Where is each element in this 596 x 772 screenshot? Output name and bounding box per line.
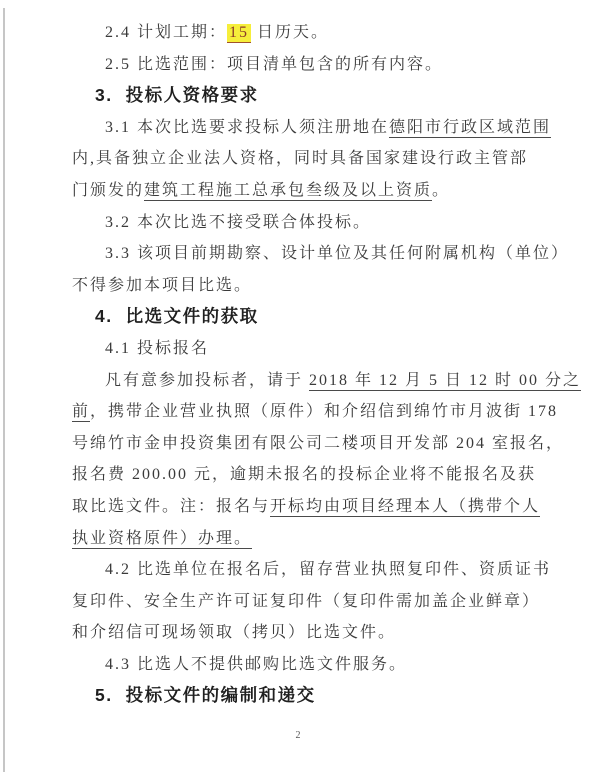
text-segment: 不得参加本项目比选。 [72, 277, 252, 294]
text-line: 前，携带企业营业执照（原件）和介绍信到绵竹市月波街 178 [72, 396, 530, 428]
text-segment: 门颁发的 [72, 182, 144, 199]
text-line: 报名费 200.00 元，逾期未报名的投标企业将不能报名及获 [72, 459, 530, 491]
underlined-text: 德阳市行政区域范围 [389, 119, 551, 138]
section-heading: 3.投标人资格要求 [72, 80, 530, 112]
scan-edge-line [3, 8, 5, 772]
text-line: 2.5 比选范围：项目清单包含的所有内容。 [72, 49, 530, 81]
text-segment: 4.2 比选单位在报名后，留存营业执照复印件、资质证书 [105, 561, 551, 578]
text-line: 4.1 投标报名 [72, 333, 530, 365]
text-segment: 。 [432, 182, 450, 199]
text-segment: 日历天。 [251, 24, 329, 41]
section-number: 5. [95, 685, 113, 705]
page-number: 2 [0, 730, 596, 741]
text-segment: 4.1 投标报名 [105, 340, 209, 357]
underlined-text: 开标均由项目经理本人（携带个人 [270, 498, 540, 517]
text-line: 4.2 比选单位在报名后，留存营业执照复印件、资质证书 [72, 554, 530, 586]
text-line: 3.1 本次比选要求投标人须注册地在德阳市行政区域范围 [72, 112, 530, 144]
text-segment: 2.5 比选范围：项目清单包含的所有内容。 [105, 56, 443, 73]
section-title: 投标人资格要求 [126, 85, 259, 105]
text-line: 和介绍信可现场领取（拷贝）比选文件。 [72, 617, 530, 649]
text-segment: ，携带企业营业执照（原件）和介绍信到绵竹市月波街 178 [90, 403, 558, 420]
text-line: 3.3 该项目前期勘察、设计单位及其任何附属机构（单位） [72, 238, 530, 270]
text-segment: 复印件、安全生产许可证复印件（复印件需加盖企业鲜章） [72, 593, 540, 610]
document-body: 2.4 计划工期：15 日历天。2.5 比选范围：项目清单包含的所有内容。3.投… [72, 17, 530, 712]
underlined-text: 执业资格原件）办理。 [72, 530, 252, 549]
text-line: 4.3 比选人不提供邮购比选文件服务。 [72, 649, 530, 681]
text-line: 执业资格原件）办理。 [72, 523, 530, 555]
text-line: 凡有意参加投标者，请于 2018 年 12 月 5 日 12 时 00 分之 [72, 365, 530, 397]
text-segment: 和介绍信可现场领取（拷贝）比选文件。 [72, 624, 396, 641]
section-number: 4. [95, 306, 113, 326]
text-segment: 报名费 200.00 元，逾期未报名的投标企业将不能报名及获 [72, 466, 536, 483]
text-line: 内,具备独立企业法人资格，同时具备国家建设行政主管部 [72, 143, 530, 175]
section-number: 3. [95, 85, 113, 105]
text-segment: 凡有意参加投标者，请于 [105, 372, 309, 389]
highlighted-term: 15 [227, 24, 251, 43]
text-segment: 2.4 计划工期： [105, 24, 227, 41]
section-title: 比选文件的获取 [126, 306, 259, 326]
text-line: 取比选文件。注：报名与开标均由项目经理本人（携带个人 [72, 491, 530, 523]
underlined-text: 2018 年 12 月 5 日 12 时 00 分之 [309, 372, 581, 391]
underlined-text: 前 [72, 403, 90, 422]
text-line: 复印件、安全生产许可证复印件（复印件需加盖企业鲜章） [72, 586, 530, 618]
text-line: 3.2 本次比选不接受联合体投标。 [72, 207, 530, 239]
section-heading: 4.比选文件的获取 [72, 301, 530, 333]
text-segment: 3.2 本次比选不接受联合体投标。 [105, 214, 371, 231]
text-segment: 3.1 本次比选要求投标人须注册地在 [105, 119, 389, 136]
text-segment: 3.3 该项目前期勘察、设计单位及其任何附属机构（单位） [105, 245, 569, 262]
text-line: 2.4 计划工期：15 日历天。 [72, 17, 530, 49]
text-segment: 取比选文件。注：报名与 [72, 498, 270, 515]
text-line: 号绵竹市金申投资集团有限公司二楼项目开发部 204 室报名， [72, 428, 530, 460]
text-line: 不得参加本项目比选。 [72, 270, 530, 302]
text-line: 门颁发的建筑工程施工总承包叁级及以上资质。 [72, 175, 530, 207]
text-segment: 内,具备独立企业法人资格，同时具备国家建设行政主管部 [72, 150, 528, 167]
underlined-text: 建筑工程施工总承包叁级及以上资质 [144, 182, 432, 201]
text-segment: 号绵竹市金申投资集团有限公司二楼项目开发部 204 室报名， [72, 435, 564, 452]
section-heading: 5.投标文件的编制和递交 [72, 680, 530, 712]
section-title: 投标文件的编制和递交 [126, 685, 316, 705]
text-segment: 4.3 比选人不提供邮购比选文件服务。 [105, 656, 407, 673]
